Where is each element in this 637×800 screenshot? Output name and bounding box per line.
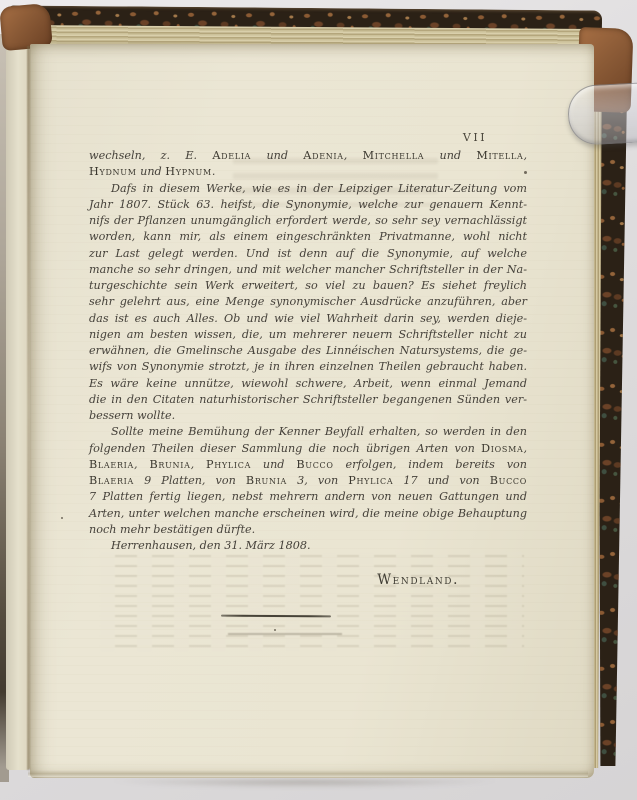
text-line: sehr gelehrt aus, eine Menge synonymisch…	[89, 294, 527, 310]
page-number: VII	[430, 131, 520, 144]
text-segment: Dafs in diesem Werke, wie es in der Leip…	[111, 182, 527, 195]
text-segment: wechseln, z. E.	[89, 149, 212, 162]
text-line: bessern wollte.	[89, 408, 527, 424]
text-segment: die in den Citaten naturhistorischer Sch…	[89, 393, 527, 406]
text-segment: Es wäre keine unnütze, wiewohl schwere, …	[89, 377, 527, 390]
text-line: Herrenhausen, den 31. März 1808.	[89, 538, 527, 554]
text-segment: Herrenhausen, den 31. März 1808.	[111, 539, 311, 552]
text-segment: erwähnen, die Gmelinsche Ausgabe des Lin…	[89, 344, 527, 357]
text-line: nifs der Pflanzen unumgänglich erfordert…	[89, 213, 527, 229]
text-line: Dafs in diesem Werke, wie es in der Leip…	[89, 181, 527, 197]
text-line: Blaeria, Brunia, Phylica und Bucco erfol…	[89, 457, 527, 473]
text-line: erwähnen, die Gmelinsche Ausgabe des Lin…	[89, 343, 527, 359]
text-segment: sehr gelehrt aus, eine Menge synonymisch…	[89, 295, 527, 308]
text-segment: Jahr 1807. Stück 63. heifst, die Synonym…	[89, 198, 527, 211]
text-line: wifs von Synonymie strotzt, je in ihren …	[89, 359, 527, 375]
species-name: Bucco	[490, 474, 527, 487]
text-block: wechseln, z. E. Adelia und Adenia, Mitch…	[89, 148, 527, 554]
species-name: Adelia	[212, 149, 251, 162]
printed-content: VII wechseln, z. E. Adelia und Adenia, M…	[0, 0, 637, 800]
text-segment: 17 und von	[393, 474, 489, 487]
species-name: Hypnum	[165, 165, 212, 178]
species-name: Blaeria	[89, 474, 134, 487]
text-line: das ist es auch Alles. Ob und wie viel W…	[89, 311, 527, 327]
text-line: zur Last gelegt werden. Und ist denn auf…	[89, 246, 527, 262]
text-segment: 3, von	[287, 474, 348, 487]
text-segment: und	[137, 165, 166, 178]
text-segment: 9 Platten, von	[134, 474, 246, 487]
text-line: Arten, unter welchen manche erscheinen w…	[89, 506, 527, 522]
author-signature: Wendland.	[89, 572, 527, 588]
text-segment: manche so sehr dringen, und mit welcher …	[89, 263, 527, 276]
text-segment: nifs der Pflanzen unumgänglich erfordert…	[89, 214, 527, 227]
text-segment: ,	[191, 458, 206, 471]
text-line: Jahr 1807. Stück 63. heifst, die Synonym…	[89, 197, 527, 213]
text-line: folgenden Theilen dieser Sammlung die no…	[89, 441, 527, 457]
text-segment: ,	[134, 458, 149, 471]
species-name: Bucco	[296, 458, 333, 471]
text-segment: 7 Platten fertig liegen, nebst mehrern a…	[89, 490, 527, 503]
species-name: Diosma	[481, 442, 523, 455]
species-name: Blaeria	[89, 458, 134, 471]
text-segment: und	[251, 458, 296, 471]
text-segment: ,	[523, 442, 527, 455]
text-segment: noch mehr bestätigen dürfte.	[89, 523, 255, 536]
species-name: Adenia	[303, 149, 343, 162]
text-line: noch mehr bestätigen dürfte.	[89, 522, 527, 538]
text-line: manche so sehr dringen, und mit welcher …	[89, 262, 527, 278]
text-segment: turgeschichte sein Werk erweitert, so vi…	[89, 279, 527, 292]
text-line: die in den Citaten naturhistorischer Sch…	[89, 392, 527, 408]
text-segment: .	[212, 165, 216, 178]
text-segment: ,	[344, 149, 363, 162]
text-segment: erfolgen, indem bereits von	[334, 458, 527, 471]
text-segment: folgenden Theilen dieser Sammlung die no…	[89, 442, 481, 455]
text-segment: nigen am besten wissen, die, um mehrerer…	[89, 328, 527, 341]
text-segment: zur Last gelegt werden. Und ist denn auf…	[89, 247, 527, 260]
text-line: wechseln, z. E. Adelia und Adenia, Mitch…	[89, 148, 527, 164]
species-name: Phylica	[206, 458, 251, 471]
text-segment: wifs von Synonymie strotzt, je in ihren …	[89, 360, 527, 373]
text-segment: und	[424, 149, 476, 162]
species-name: Mitella	[476, 149, 523, 162]
species-name: Brunia	[149, 458, 190, 471]
text-line: Hydnum und Hypnum.	[89, 164, 527, 180]
text-line: Es wäre keine unnütze, wiewohl schwere, …	[89, 376, 527, 392]
text-line: Blaeria 9 Platten, von Brunia 3, von Phy…	[89, 473, 527, 489]
text-line: Sollte meine Bemühung der Kenner Beyfall…	[89, 424, 527, 440]
text-segment: Arten, unter welchen manche erscheinen w…	[89, 507, 527, 520]
text-line: turgeschichte sein Werk erweitert, so vi…	[89, 278, 527, 294]
species-name: Brunia	[246, 474, 287, 487]
text-line: 7 Platten fertig liegen, nebst mehrern a…	[89, 489, 527, 505]
species-name: Hydnum	[89, 165, 137, 178]
species-name: Phylica	[348, 474, 393, 487]
page-holder-clip	[567, 82, 637, 146]
species-name: Mitchella	[363, 149, 425, 162]
book-photo: VII wechseln, z. E. Adelia und Adenia, M…	[0, 0, 637, 800]
text-segment: worden, kann mir, als einem eingeschränk…	[89, 230, 527, 243]
text-segment: bessern wollte.	[89, 409, 175, 422]
section-divider-rule	[221, 615, 331, 618]
text-segment: ,	[523, 149, 527, 162]
text-line: nigen am besten wissen, die, um mehrerer…	[89, 327, 527, 343]
text-line: worden, kann mir, als einem eingeschränk…	[89, 229, 527, 245]
show-through-rule	[228, 633, 342, 635]
text-segment: Sollte meine Bemühung der Kenner Beyfall…	[111, 425, 527, 438]
text-segment: das ist es auch Alles. Ob und wie viel W…	[89, 312, 527, 325]
text-segment: und	[251, 149, 303, 162]
